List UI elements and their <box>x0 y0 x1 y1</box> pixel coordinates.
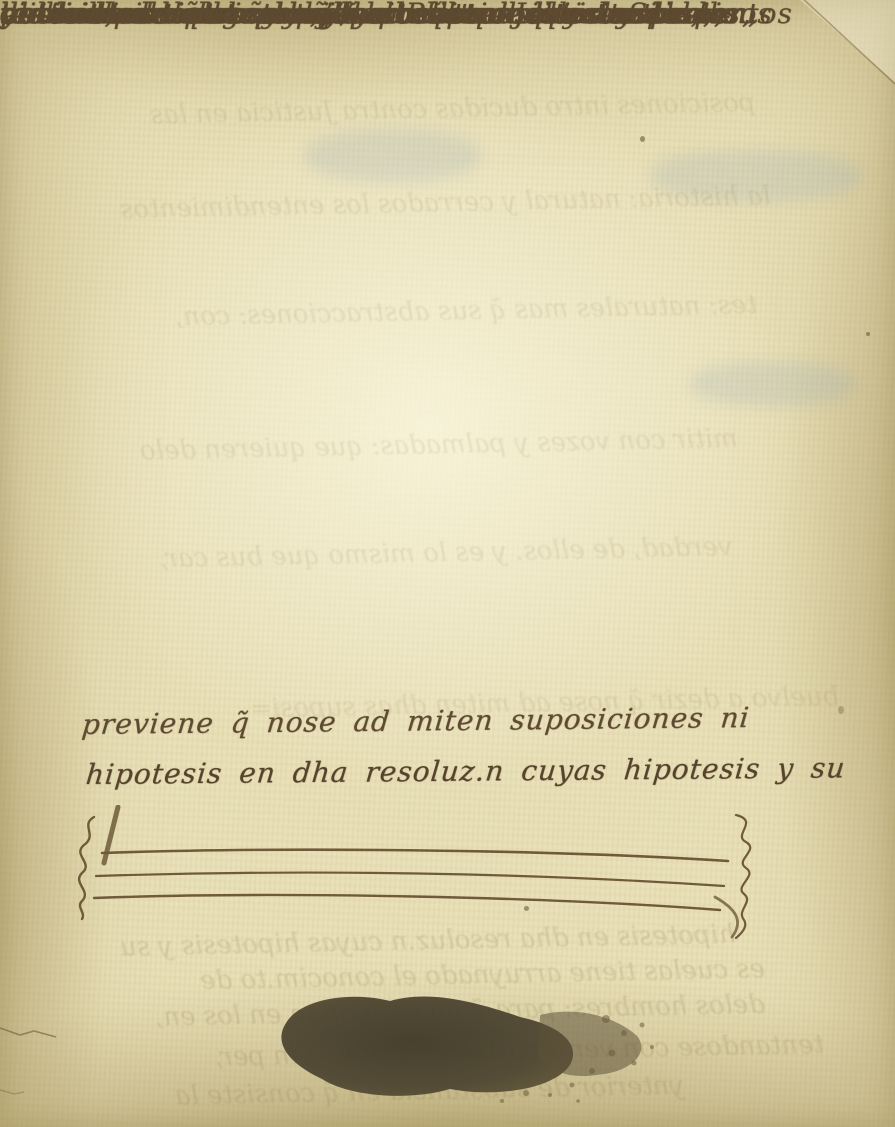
ink-speck <box>866 332 870 336</box>
showthrough-line: tes: naturales mas q̃ sus abstracciones:… <box>175 292 757 330</box>
showthrough-line: verdad, de ellos. y es lo mismo que bus … <box>160 534 733 572</box>
manuscript-line: previene q̃ nose ad miten suposiciones n… <box>81 704 751 739</box>
showthrough-line: la historia: natural y cerrados los ente… <box>120 183 771 223</box>
ink-speck <box>640 136 645 142</box>
manuscript-line: phisica: de derecho;/// <box>0 0 352 28</box>
manuscript-line: hipotesis en dha resoluz.n cuyas hipotes… <box>85 754 847 789</box>
ink-blot <box>240 975 720 1125</box>
edge-tear <box>0 1028 56 1037</box>
showthrough-line: posiciones intro ducidas contra Justicia… <box>150 90 756 129</box>
showthrough-patch <box>690 362 855 406</box>
closing-rule-flourish <box>60 805 780 940</box>
ink-speck <box>838 706 844 714</box>
showthrough-patch <box>305 130 480 182</box>
manuscript-page: posiciones intro ducidas contra Justicia… <box>0 0 895 1127</box>
showthrough-line: mitir con vozes y palmadas: que quieren … <box>140 426 738 465</box>
ink-speck <box>524 906 529 911</box>
